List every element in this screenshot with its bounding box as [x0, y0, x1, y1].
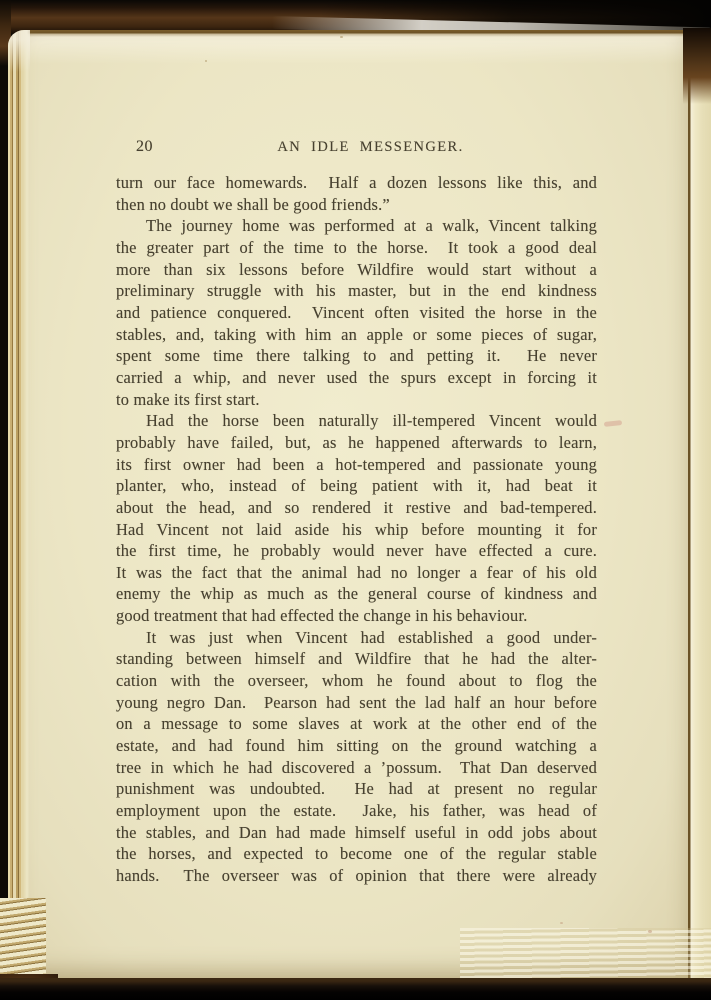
book-binding-bottom [0, 978, 711, 1000]
text-line: Had Vincent not laid aside his whip befo… [116, 519, 597, 541]
text-line: employment upon the estate. Jake, his fa… [116, 800, 597, 822]
page-text: turn our face homewards. Half a dozen le… [116, 172, 597, 887]
text-line: cation with the overseer, whom he found … [116, 670, 597, 692]
text-line: about the head, and so rendered it resti… [116, 497, 597, 519]
text-line: more than six lessons before Wildfire wo… [116, 259, 597, 281]
text-line: to make its first start. [116, 389, 597, 411]
page-fore-edge-left [8, 30, 30, 978]
text-line: carried a whip, and never used the spurs… [116, 367, 597, 389]
text-line: probably have failed, but, as he happene… [116, 432, 597, 454]
text-line: the greater part of the time to the hors… [116, 237, 597, 259]
text-line: the first time, he probably would never … [116, 540, 597, 562]
text-line: then no doubt we shall be good friends.” [116, 194, 597, 216]
text-line: the stables, and Dan had made himself us… [116, 822, 597, 844]
text-line: enemy the whip as much as the general co… [116, 583, 597, 605]
text-line: The journey home was performed at a walk… [116, 215, 597, 237]
text-line: stables, and, taking with him an apple o… [116, 324, 597, 346]
paragraph: Had the horse been naturally ill-tempere… [116, 410, 597, 627]
text-line: good treatment that had effected the cha… [116, 605, 597, 627]
text-line: It was just when Vincent had established… [116, 627, 597, 649]
paragraph: turn our face homewards. Half a dozen le… [116, 172, 597, 215]
text-line: standing between himself and Wildfire th… [116, 648, 597, 670]
page-edges-bottom-right [460, 928, 711, 984]
photo-background: 20 AN IDLE MESSENGER. turn our face home… [0, 0, 711, 1000]
text-line: planter, who, instead of being patient w… [116, 475, 597, 497]
paper-speck [340, 36, 343, 38]
text-line: spent some time there talking to and pet… [116, 345, 597, 367]
text-line: its first owner had been a hot-tempered … [116, 454, 597, 476]
paragraph: It was just when Vincent had established… [116, 627, 597, 887]
text-line: the horses, and expected to become one o… [116, 843, 597, 865]
next-page-edge-right [688, 32, 711, 982]
text-line: hands. The overseer was of opinion that … [116, 865, 597, 887]
text-line: It was the fact that the animal had no l… [116, 562, 597, 584]
page-number: 20 [136, 138, 153, 156]
paper-speck [205, 60, 207, 62]
page-edges-bottom-left [0, 898, 46, 986]
text-line: tree in which he had discovered a ’possu… [116, 757, 597, 779]
text-line: preliminary struggle with his master, bu… [116, 280, 597, 302]
text-line: punishment was undoubted. He had at pres… [116, 778, 597, 800]
paragraph: The journey home was performed at a walk… [116, 215, 597, 410]
text-line: estate, and had found him sitting on the… [116, 735, 597, 757]
paper-speck [560, 922, 563, 924]
running-header: AN IDLE MESSENGER. [277, 139, 463, 156]
paper-speck [648, 930, 652, 933]
text-line: young negro Dan. Pearson had sent the la… [116, 692, 597, 714]
top-right-page-shadow [683, 28, 711, 104]
text-line: Had the horse been naturally ill-tempere… [116, 410, 597, 432]
text-line: on a message to some slaves at work at t… [116, 713, 597, 735]
text-line: turn our face homewards. Half a dozen le… [116, 172, 597, 194]
text-line: and patience conquered. Vincent often vi… [116, 302, 597, 324]
